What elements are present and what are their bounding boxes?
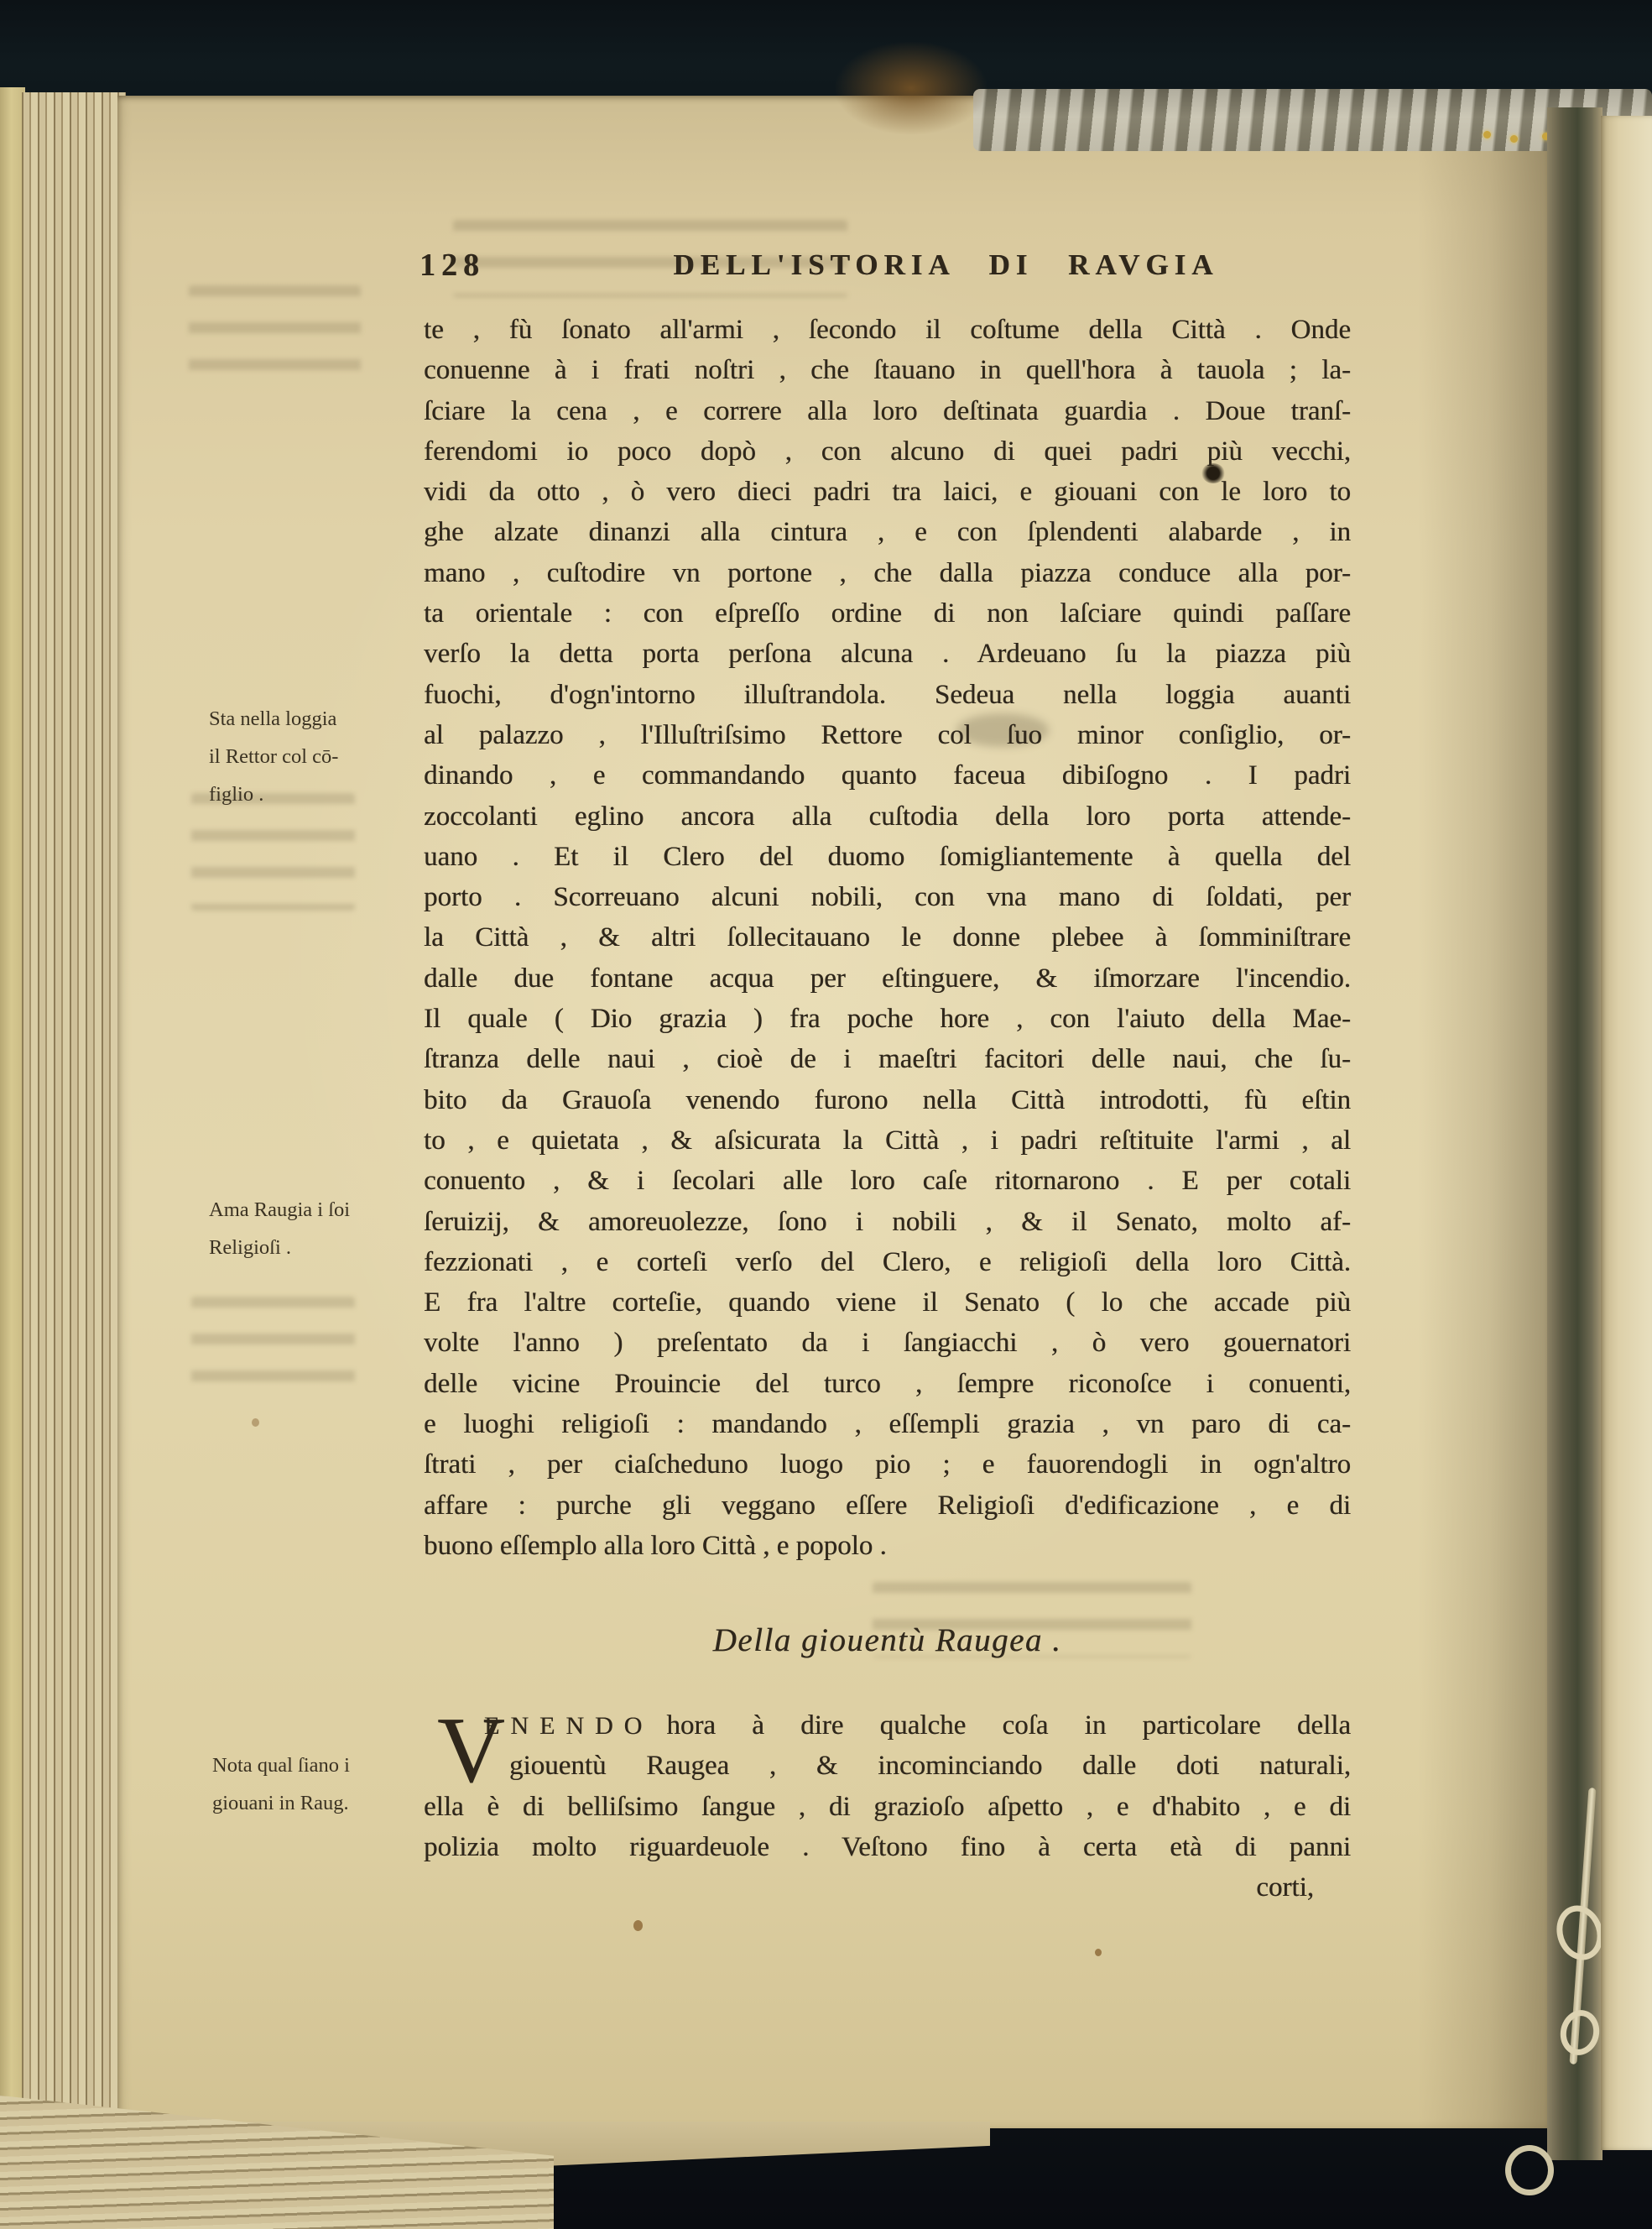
gold-glint <box>1483 131 1491 138</box>
paper-speck <box>633 1920 643 1931</box>
catchword: corti, <box>424 1867 1351 1908</box>
body-text-line: ſciare la cena , e correre alla loro deſ… <box>424 391 1351 431</box>
paragraph-line: polizia molto riguardeuole . Veſtono fin… <box>424 1827 1351 1867</box>
showthrough-text-ghost <box>189 285 361 394</box>
body-text-line: mano , cuſtodire vn portone , che dalla … <box>424 553 1351 593</box>
margin-note-line: Ama Raugia i ſoi <box>209 1191 419 1229</box>
section-heading: Della giouentù Raugea . <box>424 1621 1351 1659</box>
margin-note-line: giouani in Raug. <box>212 1784 422 1822</box>
margin-note-line: figlio . <box>209 775 419 813</box>
binding-cord-loop <box>1505 2145 1554 2195</box>
body-text-line: te , fù ſonato all'armi , ſecondo il coſ… <box>424 310 1351 350</box>
gold-glint <box>1510 135 1518 143</box>
spaced-capitals: ENENDO <box>484 1712 653 1740</box>
drop-cap-v: V <box>437 1707 505 1794</box>
body-text: te , fù ſonato all'armi , ſecondo il coſ… <box>424 310 1351 1526</box>
paragraph-line: ENENDOhora à dire qualche coſa in partic… <box>424 1705 1351 1746</box>
body-text-line: dalle due fontane acqua per eſtinguere, … <box>424 958 1351 999</box>
running-title: DELL'ISTORIA DI RAVGIA <box>424 248 1410 282</box>
antique-book-photo: 128 DELL'ISTORIA DI RAVGIA Sta nella log… <box>0 0 1652 2229</box>
body-text-line: fuochi, d'ogn'intorno illuſtrandola. Sed… <box>424 675 1351 715</box>
body-text-line: bito da Grauoſa venendo furono nella Cit… <box>424 1080 1351 1120</box>
body-text-line: delle vicine Prouincie del turco , ſempr… <box>424 1364 1351 1404</box>
page-gutter-shadow <box>1418 101 1549 2128</box>
paragraph-line: ella è di belliſsimo ſangue , di grazioſ… <box>424 1787 1351 1827</box>
brown-stain <box>836 42 987 134</box>
body-text-line: la Città , & altri ſollecitauano le donn… <box>424 917 1351 958</box>
margin-note-rettore: Sta nella loggiail Rettor col cō-figlio … <box>209 700 419 813</box>
body-text-line: uano . Et il Clero del duomo ſomigliante… <box>424 837 1351 877</box>
body-text-line: fezzionati , e corteſi verſo del Clero, … <box>424 1242 1351 1282</box>
margin-note-line: Sta nella loggia <box>209 700 419 738</box>
body-text-line: vidi da otto , ò vero dieci padri tra la… <box>424 472 1351 512</box>
facing-page-edge <box>1601 116 1652 2150</box>
body-text-line: ferendomi io poco dopò , con alcuno di q… <box>424 431 1351 472</box>
paragraph-line-text: hora à dire qualche coſa in particolare … <box>666 1710 1351 1741</box>
page-stack-left-edges <box>22 92 126 2229</box>
paper-speck <box>1095 1949 1102 1956</box>
margin-note-religiosi: Ama Raugia i ſoiReligioſi . <box>209 1191 419 1266</box>
body-text-line: e luoghi religioſi : mandando , eſſempli… <box>424 1404 1351 1444</box>
body-text-line: verſo la detta porta perſona alcuna . Ar… <box>424 634 1351 674</box>
binding-gutter <box>1547 107 1602 2160</box>
margin-note-line: Religioſi . <box>209 1229 419 1266</box>
paragraph-line: giouentù Raugea , & incominciando dalle … <box>424 1746 1351 1786</box>
margin-note-line: il Rettor col cō- <box>209 738 419 775</box>
body-text-line: conuento , & i ſecolari alle loro caſe r… <box>424 1161 1351 1201</box>
body-text-line: porto . Scorreuano alcuni nobili, con vn… <box>424 877 1351 917</box>
body-text-line: volte l'anno ) preſentato da i ſangiacch… <box>424 1323 1351 1363</box>
body-text-line: ſtrati , per ciaſcheduno luogo pio ; e f… <box>424 1444 1351 1485</box>
margin-note-line: Nota qual ſiano i <box>212 1746 422 1784</box>
paragraph-gioventu: V ENENDOhora à dire qualche coſa in part… <box>424 1705 1351 1908</box>
body-text-line: affare : purche gli veggano eſſere Relig… <box>424 1485 1351 1526</box>
body-text-line: ſtranza delle naui , cioè de i maeſtri f… <box>424 1039 1351 1079</box>
body-text-line: E fra l'altre corteſie, quando viene il … <box>424 1282 1351 1323</box>
body-text-line: ta orientale : con eſpreſſo ordine di no… <box>424 593 1351 634</box>
margin-note-giovani: Nota qual ſiano igiouani in Raug. <box>212 1746 422 1822</box>
body-text-line: al palazzo , l'Illuſtriſsimo Rettore col… <box>424 715 1351 755</box>
body-text-line: to , e quietata , & aſsicurata la Città … <box>424 1120 1351 1161</box>
paper-speck <box>252 1418 259 1427</box>
body-text-line: conuenne à i frati noſtri , che ſtauano … <box>424 350 1351 390</box>
body-text-line: ſeruizij, & amoreuolezze, ſono i nobili … <box>424 1202 1351 1242</box>
showthrough-text-ghost <box>191 1297 355 1389</box>
body-text-last-line: buono eſſemplo alla loro Città , e popol… <box>424 1526 1351 1566</box>
body-text-line: dinando , e commandando quanto faceua di… <box>424 755 1351 796</box>
body-text-line: Il quale ( Dio grazia ) fra poche hore ,… <box>424 999 1351 1039</box>
body-text-line: ghe alzate dinanzi alla cintura , e con … <box>424 512 1351 552</box>
body-text-line: zoccolanti eglino ancora alla cuſtodia d… <box>424 796 1351 837</box>
